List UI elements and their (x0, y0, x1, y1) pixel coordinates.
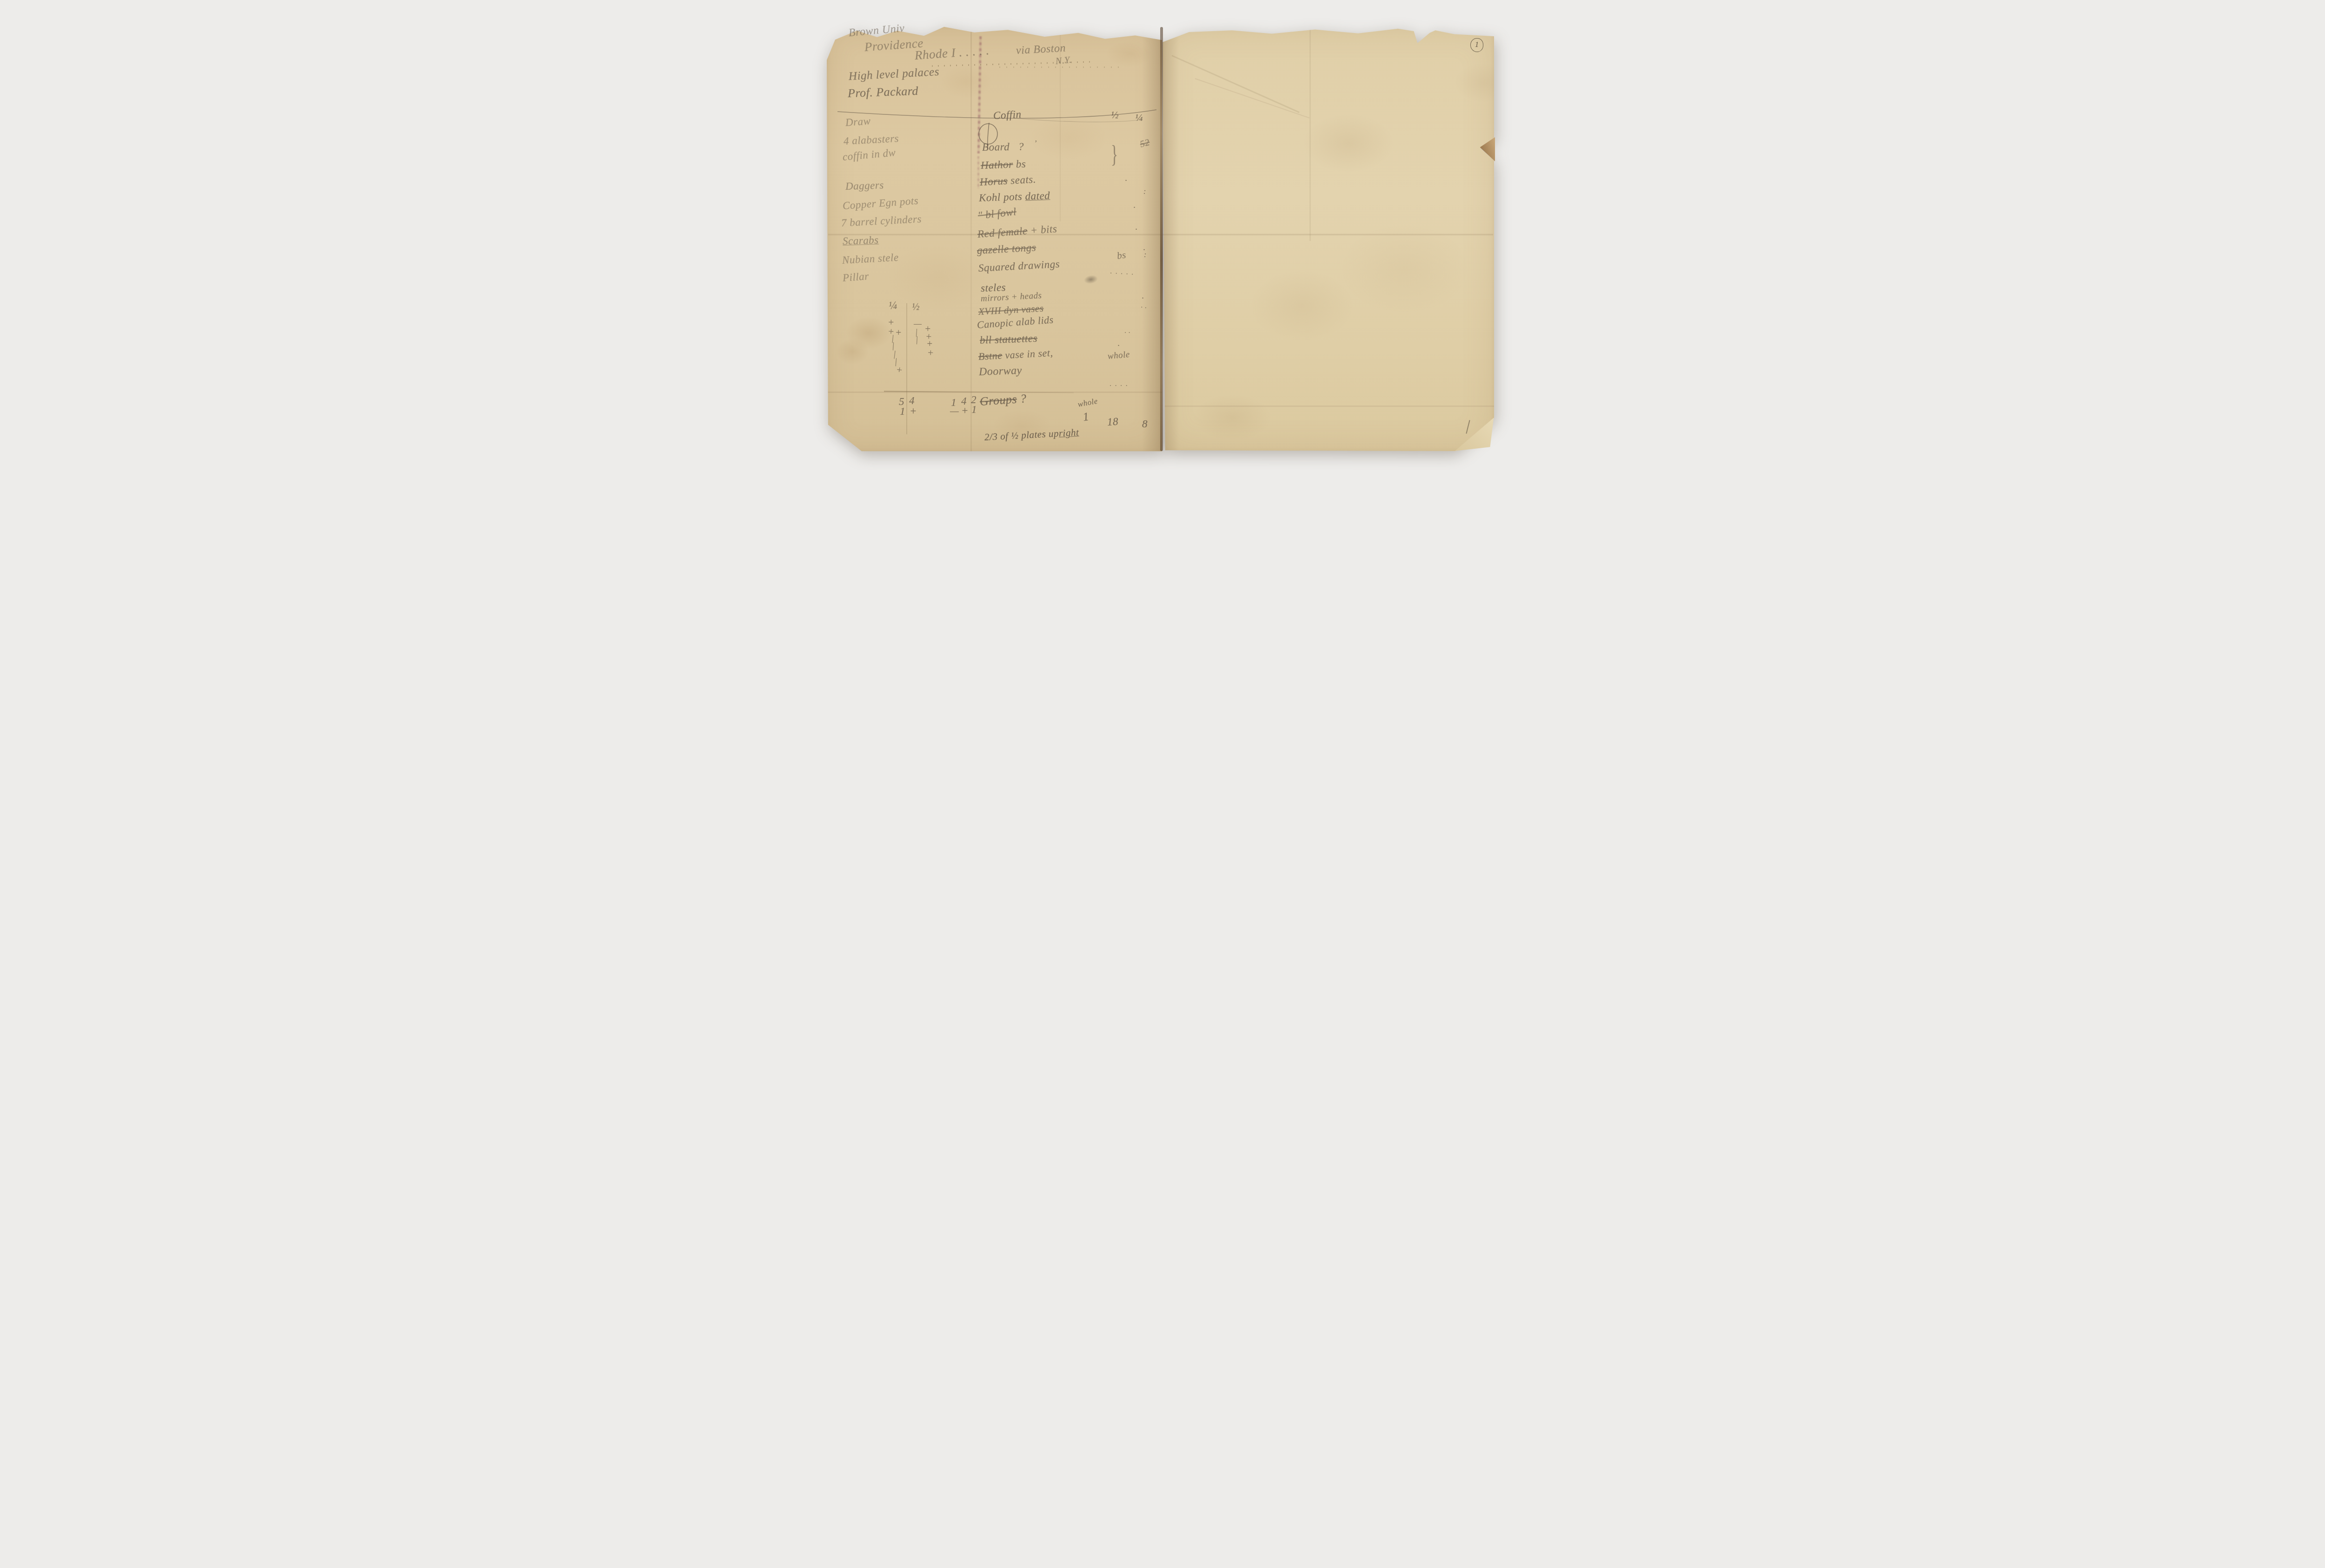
list-item: Hathor bs (981, 158, 1026, 172)
tally-mark: + (895, 364, 903, 376)
list-item: Board ? (982, 140, 1024, 153)
page-number-circled: 1 (1470, 38, 1483, 52)
right-page (1162, 27, 1494, 451)
tally-total: 1 (971, 404, 977, 416)
totals-value: 8 (1142, 418, 1148, 430)
paper-stains (1162, 27, 1494, 451)
dot-mark: · (1142, 293, 1144, 303)
fold-crease-horizontal (1162, 405, 1494, 407)
whole-annotation: whole (1107, 350, 1130, 362)
tally-mark: + (927, 347, 935, 359)
list-item: Doorway (979, 365, 1023, 379)
fraction-half-header: ½ (1111, 109, 1119, 121)
bottom-note-underlined: right (1058, 426, 1079, 439)
fold-edge-shading (1162, 27, 1494, 451)
bs-annotation: bs (1116, 249, 1127, 261)
item-text: bs (1013, 158, 1026, 170)
item-text: vase in set, (1002, 347, 1053, 361)
item-text-struck: bll statuettes (980, 332, 1038, 346)
dot-mark: · (1135, 225, 1137, 234)
ink-transfer-streak (977, 156, 979, 189)
item-text-underlined: dated (1025, 190, 1050, 202)
tally-mark: + (895, 327, 902, 339)
colon-mark: : (1143, 188, 1146, 196)
wrinkle-diagonal (1171, 55, 1299, 113)
item-text: + bits (1027, 223, 1057, 236)
item-text-struck: Groups (979, 392, 1017, 408)
header-routing: via Boston (1016, 42, 1066, 57)
item-text-struck: Hathor (981, 159, 1013, 171)
fold-crease-vertical (1309, 27, 1311, 241)
list-item: Daggers (845, 179, 884, 193)
totals-value: 18 (1107, 415, 1119, 428)
item-text-struck: Horus (979, 175, 1008, 188)
list-item: bll statuettes (980, 332, 1038, 346)
item-text-struck: Bstne (978, 349, 1003, 362)
list-item: Scarabs (843, 234, 879, 247)
item-text: Doorway (979, 365, 1023, 378)
dot-mark: · (1133, 203, 1136, 213)
list-item: Draw (845, 115, 871, 129)
tally-quarter-header: ¼ (888, 299, 897, 312)
item-text: steles (981, 281, 1006, 294)
item-text: Kohl pots (979, 191, 1025, 204)
item-text-struck: gazelle tongs (976, 241, 1036, 256)
item-text: seats. (1007, 173, 1036, 186)
fraction-quarter-header: ¼ (1135, 112, 1143, 124)
list-item: Pillar (842, 270, 869, 284)
wrinkle-diagonal (1195, 78, 1309, 119)
page-number: 1 (1475, 41, 1479, 49)
dot-mark: · (1117, 341, 1120, 351)
item-text: ? (1016, 392, 1027, 405)
tally-total: 1 (900, 405, 905, 418)
item-text: Board ? (982, 140, 1024, 153)
tally-total: + (910, 405, 917, 417)
colon-mark: : (1144, 251, 1147, 259)
dot-mark: · (1125, 176, 1127, 186)
list-item: Kohl pots dated (979, 190, 1050, 204)
dots-row-mark: · · · · · (1110, 270, 1135, 279)
fold-crease-vertical (970, 26, 972, 452)
fold-crease-horizontal (827, 392, 1162, 393)
tick-mark: ’ (1034, 140, 1037, 148)
header-recipient: Prof. Packard (847, 84, 918, 100)
tally-total: + (961, 405, 969, 417)
tally-half-header: ½ (911, 300, 920, 313)
header-ny: N.Y. (1055, 54, 1072, 66)
tally-total: — (950, 405, 959, 417)
column-title: Coffin (993, 108, 1022, 122)
dots-pair-mark: · · (1140, 304, 1147, 312)
dots-pair-mark: · · (1124, 329, 1130, 337)
scanned-document: Brown Univ Providence Rhode I . . . . . … (799, 0, 1526, 470)
tally-mark: | (915, 335, 918, 345)
dots-row-mark: · · · · (1109, 382, 1128, 390)
brace-mark: } (1111, 141, 1118, 168)
